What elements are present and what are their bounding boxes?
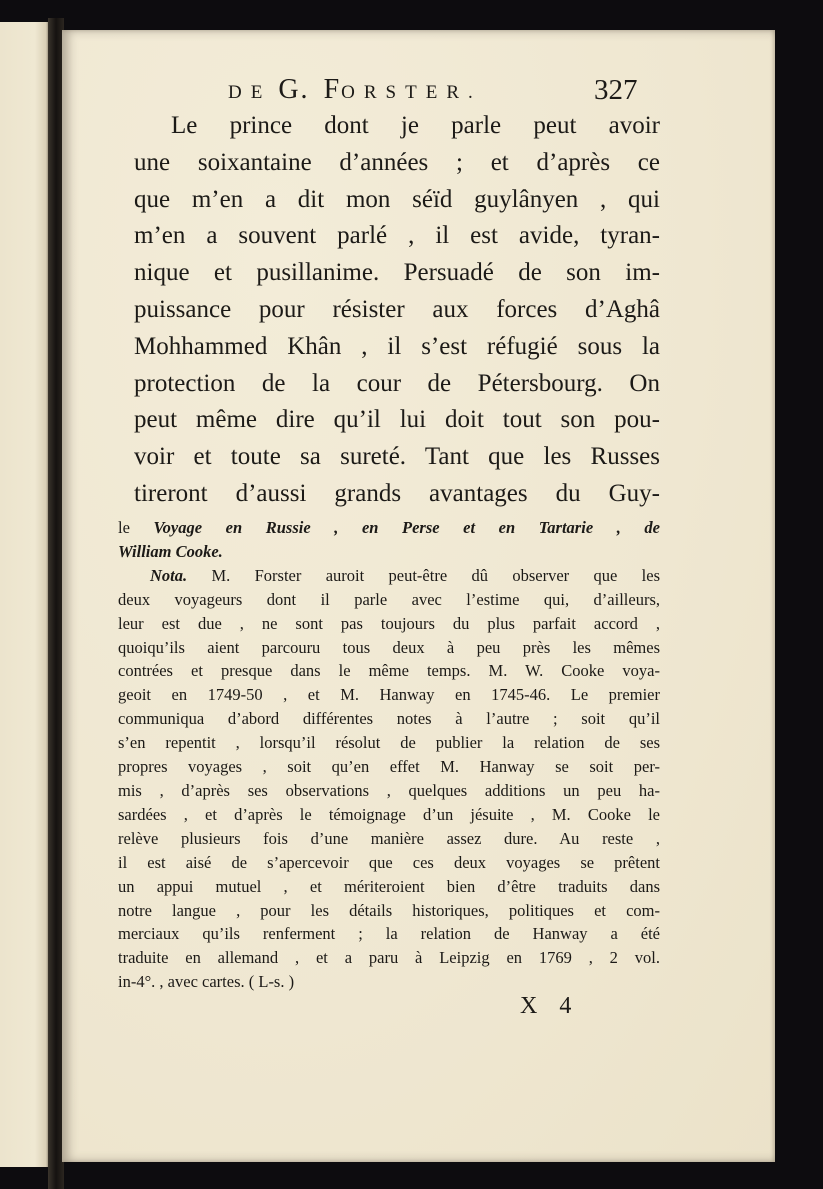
- running-head-initial: G.: [278, 74, 309, 105]
- text-line: tireront d’aussi grands avantages du Guy…: [134, 476, 660, 513]
- facing-page-edge: [0, 22, 50, 1167]
- footnote-line: geoit en 1749-50 , et M. Hanway en 1745-…: [118, 683, 660, 707]
- text-line: Le prince dont je parle peut avoir: [134, 108, 660, 145]
- footnote-line: un appui mutuel , et mériteroient bien d…: [118, 875, 660, 899]
- footnote-line: le Voyage en Russie , en Perse et en Tar…: [118, 516, 660, 540]
- footnote-line: communiqua d’abord différentes notes à l…: [118, 707, 660, 731]
- text-line: une soixantaine d’années ; et d’après ce: [134, 145, 660, 182]
- nota-label: Nota.: [150, 566, 187, 585]
- footnote: le Voyage en Russie , en Perse et en Tar…: [118, 516, 660, 994]
- main-text: Le prince dont je parle peut avoir une s…: [134, 108, 660, 513]
- footnote-line: deux voyageurs dont il parle avec l’esti…: [118, 588, 660, 612]
- footnote-line: in-4°. , avec cartes. ( L-s. ): [118, 970, 660, 994]
- text-line: nique et pusillanime. Persuadé de son im…: [134, 255, 660, 292]
- footnote-line: contrées et presque dans le même temps. …: [118, 659, 660, 683]
- footnote-line: quoiqu’ils aient parcouru tous deux à pe…: [118, 636, 660, 660]
- book-page: DE G. FORSTER. 327 Le prince dont je par…: [62, 30, 775, 1162]
- running-head-prefix: DE: [228, 82, 271, 103]
- footnote-line: sardées , et d’après le témoignage d’un …: [118, 803, 660, 827]
- text-line: m’en a souvent parlé , il est avide, tyr…: [134, 218, 660, 255]
- footnote-line: merciaux qu’ils renferment ; la relation…: [118, 922, 660, 946]
- text-line: que m’en a dit mon séïd guylânyen , qui: [134, 182, 660, 219]
- footnote-line: notre langue , pour les détails historiq…: [118, 899, 660, 923]
- text-line: Mohhammed Khân , il s’est réfugié sous l…: [134, 329, 660, 366]
- text-line: protection de la cour de Pétersbourg. On: [134, 366, 660, 403]
- running-head-title: DE G. FORSTER.: [228, 74, 482, 106]
- text-line: voir et toute sa sureté. Tant que les Ru…: [134, 439, 660, 476]
- text-line: peut même dire qu’il lui doit tout son p…: [134, 402, 660, 439]
- page-number: 327: [594, 74, 638, 107]
- book-title-italic: Voyage en Russie , en Perse et en Tartar…: [154, 518, 661, 537]
- footnote-line: William Cooke.: [118, 540, 660, 564]
- footnote-line: relève plusieurs fois d’une manière asse…: [118, 827, 660, 851]
- footnote-line: il est aisé de s’apercevoir que ces deux…: [118, 851, 660, 875]
- author-italic: William Cooke.: [118, 542, 223, 561]
- running-head-name-initial: F: [324, 74, 342, 105]
- footnote-line: leur est due , ne sont pas toujours du p…: [118, 612, 660, 636]
- footnote-line: propres voyages , soit qu’en effet M. Ha…: [118, 755, 660, 779]
- footnote-line: Nota. M. Forster auroit peut-être dû obs…: [118, 564, 660, 588]
- footnote-line: s’en repentit , lorsqu’il résolut de pub…: [118, 731, 660, 755]
- text-line: puissance pour résister aux forces d’Agh…: [134, 292, 660, 329]
- footnote-line: traduite en allemand , et a paru à Leipz…: [118, 946, 660, 970]
- signature-mark: X 4: [520, 993, 579, 1020]
- running-head-name-rest: ORSTER.: [341, 82, 482, 103]
- footnote-line: mis , d’après ses observations , quelque…: [118, 779, 660, 803]
